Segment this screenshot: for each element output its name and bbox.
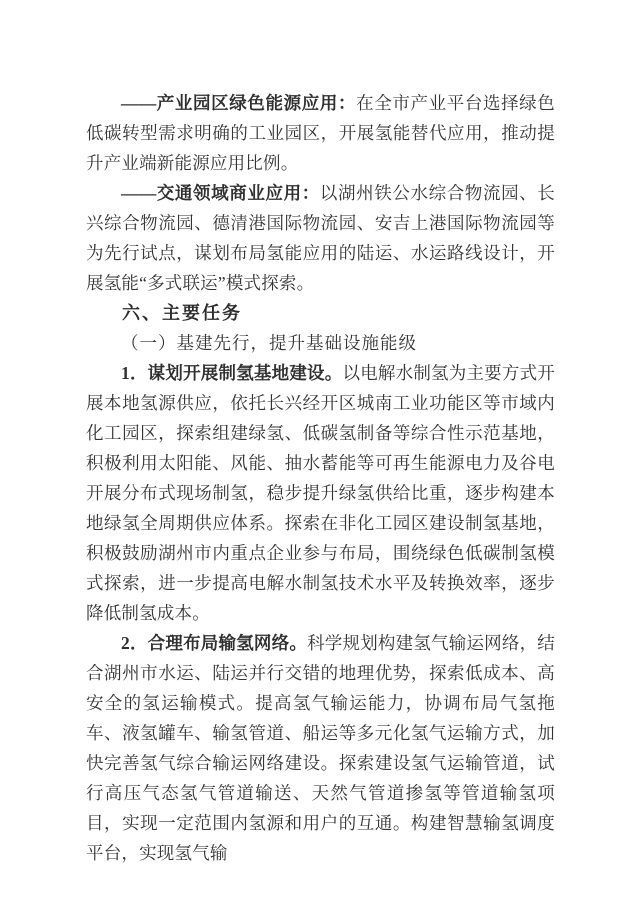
para-task-2-hydrogen-transport-network: 2．合理布局输氢网络。科学规划构建氢气输运网络，结合湖州市水运、陆运并行交错的地… xyxy=(86,628,555,868)
para-transport-commercial: ——交通领域商业应用：以湖州铁公水综合物流园、长兴综合物流园、德清港国际物流园、… xyxy=(86,178,555,298)
para-task-2-lead: 2．合理布局输氢网络。 xyxy=(121,633,307,653)
document-body: ——产业园区绿色能源应用：在全市产业平台选择绿色低碳转型需求明确的工业园区，开展… xyxy=(86,88,555,868)
document-page: ——产业园区绿色能源应用：在全市产业平台选择绿色低碳转型需求明确的工业园区，开展… xyxy=(0,0,640,906)
para-industrial-park-lead: ——产业园区绿色能源应用： xyxy=(121,93,356,113)
para-industrial-park-green-energy: ——产业园区绿色能源应用：在全市产业平台选择绿色低碳转型需求明确的工业园区，开展… xyxy=(86,88,555,178)
para-task-1-lead: 1．谋划开展制氢基地建设。 xyxy=(121,363,342,383)
para-task-1-hydrogen-production-base: 1．谋划开展制氢基地建设。以电解水制氢为主要方式开展本地氢源供应，依托长兴经开区… xyxy=(86,358,555,628)
para-transport-commercial-lead: ——交通领域商业应用： xyxy=(121,183,320,203)
subsection-heading-infrastructure-first: （一）基建先行，提升基础设施能级 xyxy=(86,328,555,358)
para-task-1-text: 以电解水制氢为主要方式开展本地氢源供应，依托长兴经开区城南工业功能区等市域内化工… xyxy=(86,363,555,623)
section-heading-main-tasks: 六、主要任务 xyxy=(86,298,555,328)
para-task-2-text: 科学规划构建氢气输运网络，结合湖州市水运、陆运并行交错的地理优势，探索低成本、高… xyxy=(86,633,555,863)
